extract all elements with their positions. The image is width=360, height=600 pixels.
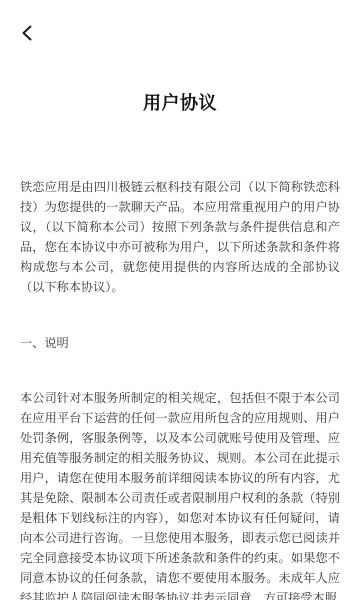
agreement-scroll-area[interactable]: 铁恋应用是由四川极链云枢科技有限公司（以下简称铁恋科技）为您提供的一款聊天产品。… <box>20 177 340 600</box>
agreement-intro-paragraph: 铁恋应用是由四川极链云枢科技有限公司（以下简称铁恋科技）为您提供的一款聊天产品。… <box>20 177 340 297</box>
section-1-heading: 一、说明 <box>20 333 340 353</box>
navbar <box>0 0 360 52</box>
back-button[interactable] <box>13 19 41 47</box>
page-title: 用户协议 <box>0 94 360 113</box>
user-agreement-screen: 用户协议 铁恋应用是由四川极链云枢科技有限公司（以下简称铁恋科技）为您提供的一款… <box>0 0 360 600</box>
section-1-body-paragraph: 本公司针对本服务所制定的相关规定，包括但不限于本公司在应用平台下运营的任何一款应… <box>20 388 340 600</box>
chevron-left-icon <box>21 25 33 41</box>
